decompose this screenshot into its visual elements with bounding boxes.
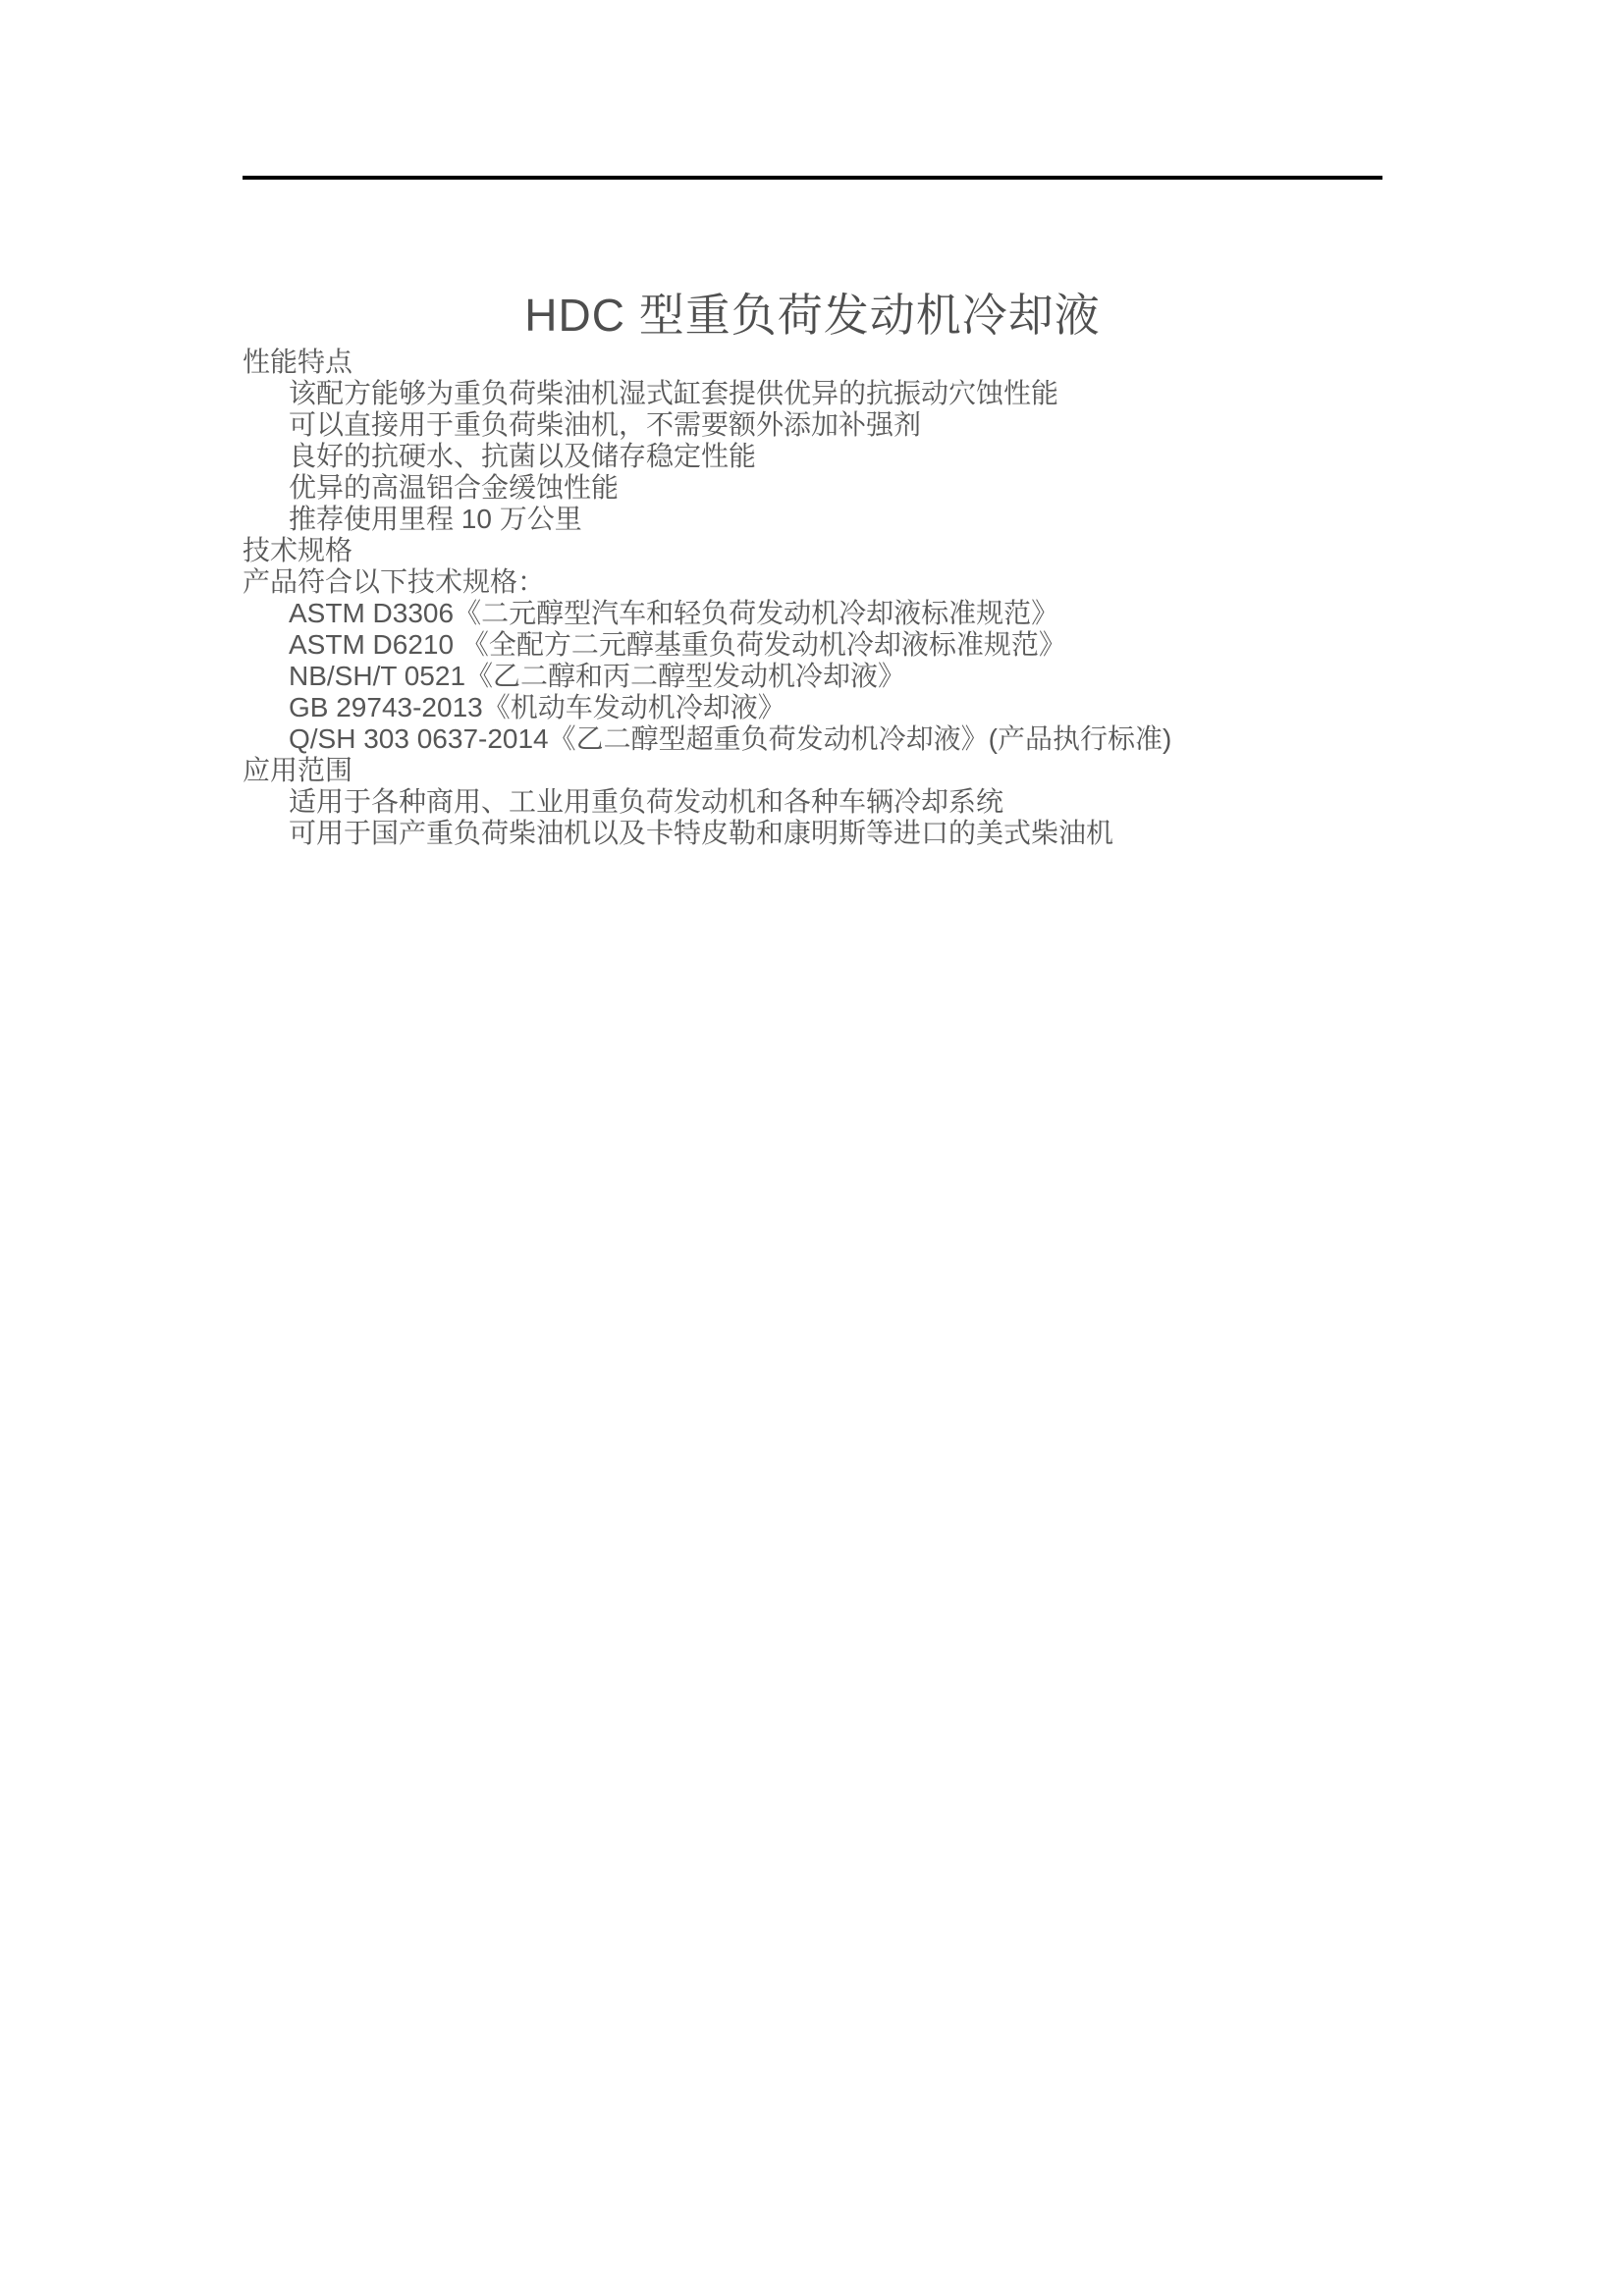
performance-item: 优异的高温铝合金缓蚀性能	[243, 472, 1382, 504]
performance-item: 推荐使用里程 10 万公里	[243, 504, 1382, 535]
title-rule	[243, 176, 1382, 180]
specs-intro: 产品符合以下技术规格：	[243, 566, 1382, 598]
performance-item: 良好的抗硬水、抗菌以及储存稳定性能	[243, 441, 1382, 472]
performance-item: 该配方能够为重负荷柴油机湿式缸套提供优异的抗振动穴蚀性能	[243, 378, 1382, 409]
spec-item: ASTM D3306《二元醇型汽车和轻负荷发动机冷却液标准规范》	[243, 598, 1382, 629]
application-item: 可用于国产重负荷柴油机以及卡特皮勒和康明斯等进口的美式柴油机	[243, 818, 1382, 849]
performance-item: 可以直接用于重负荷柴油机，不需要额外添加补强剂	[243, 409, 1382, 441]
document-content: HDC 型重负荷发动机冷却液 性能特点 该配方能够为重负荷柴油机湿式缸套提供优异…	[243, 0, 1382, 849]
document-page: HDC 型重负荷发动机冷却液 性能特点 该配方能够为重负荷柴油机湿式缸套提供优异…	[0, 0, 1624, 2296]
document-title: HDC 型重负荷发动机冷却液	[243, 284, 1382, 347]
section-heading-specs: 技术规格	[243, 535, 1382, 566]
spec-item: NB/SH/T 0521《乙二醇和丙二醇型发动机冷却液》	[243, 661, 1382, 692]
application-item: 适用于各种商用、工业用重负荷发动机和各种车辆冷却系统	[243, 786, 1382, 818]
spec-item: ASTM D6210 《全配方二元醇基重负荷发动机冷却液标准规范》	[243, 629, 1382, 661]
spec-item: Q/SH 303 0637-2014《乙二醇型超重负荷发动机冷却液》(产品执行标…	[243, 723, 1382, 755]
section-heading-applications: 应用范围	[243, 755, 1382, 786]
section-heading-performance: 性能特点	[243, 347, 1382, 378]
spec-item: GB 29743-2013《机动车发动机冷却液》	[243, 692, 1382, 723]
